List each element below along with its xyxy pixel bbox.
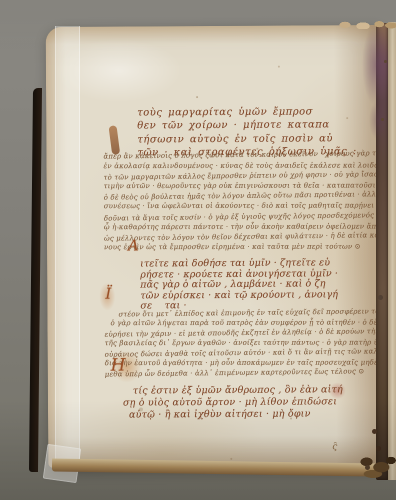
purple-gutter-stain-lower	[369, 100, 387, 140]
ragged-top-edge	[336, 17, 396, 29]
text-line: αὐτῷ · ἢ καὶ ἰχθὺν αἰτήσει · μὴ ὄφιν	[123, 409, 311, 422]
purple-gutter-stain	[362, 24, 390, 106]
photo-backdrop: τοὺς μαργαρίτας ὑμῶν ἔμπροσ θεν τῶν χοίρ…	[0, 0, 396, 500]
bottom-right-damage	[354, 451, 396, 478]
text-line: τοὺς μαργαρίτας ὑμῶν ἔμπροσ	[137, 105, 313, 119]
quire-margin-mark: ς̑	[332, 442, 337, 452]
commentary-block-2: στέον ὅτι μετ᾽ ἐλπίδος καὶ ἐπιμονῆς ἐν τ…	[104, 287, 357, 379]
manuscript-page: τοὺς μαργαρίτας ὑμῶν ἔμπροσ θεν τῶν χοίρ…	[46, 25, 380, 468]
initial-alpha: Α	[128, 236, 139, 254]
repair-guard-strip	[55, 26, 80, 463]
gospel-lection-block-3: τίς ἐστιν ἐξ ὑμῶν ἄνθρωπος , ὃν ἐὰν αἰτή…	[123, 360, 143, 422]
worm-holes	[0, 0, 3, 3]
foxing-spots	[46, 27, 48, 29]
facing-page-edge	[388, 22, 396, 480]
commentary-block-1: ἅπερ ἂν κἀκείνοις ὁ λόγος ζῶσι κατὰ τὸν …	[103, 129, 356, 253]
text-line: μεθα ὑπὲρ ὧν δεόμεθα · ἀλλ᾽ ἐπιμένωμεν κ…	[105, 366, 365, 379]
